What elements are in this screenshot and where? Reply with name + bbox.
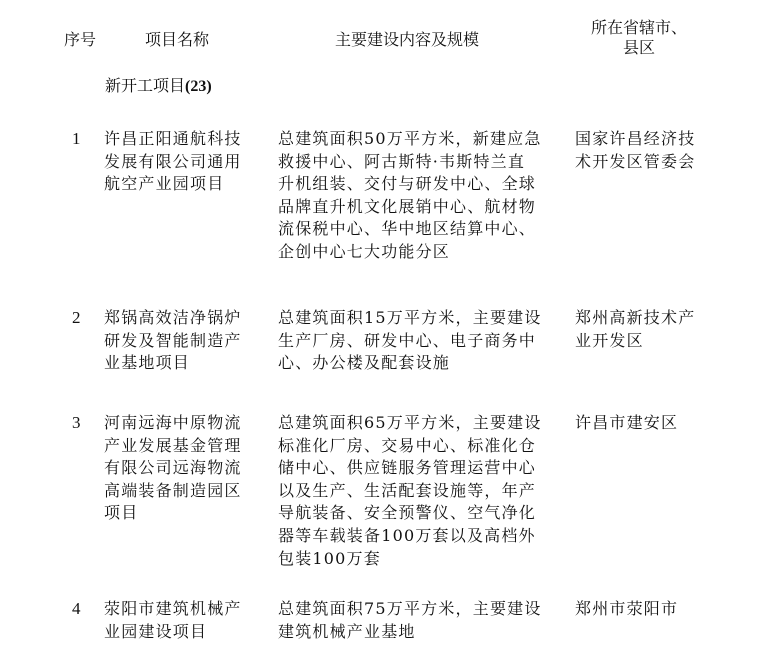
- section-label: 新开工项目: [105, 76, 185, 95]
- row-name: 河南远海中原物流 产业发展基金管理 有限公司远海物流 高端装备制造园区 项目: [104, 412, 274, 525]
- row-name: 许昌正阳通航科技 发展有限公司通用 航空产业园项目: [104, 128, 274, 196]
- header-content: 主要建设内容及规模: [335, 30, 479, 50]
- row-location: 郑州高新技术产 业开发区: [575, 307, 755, 352]
- row-content: 总建筑面积75万平方米，主要建设 建筑机械产业基地: [278, 598, 568, 643]
- row-content: 总建筑面积65万平方米，主要建设 标准化厂房、交易中心、标准化仓 储中心、供应链…: [278, 412, 568, 570]
- section-count: (23): [185, 78, 212, 95]
- row-location: 国家许昌经济技 术开发区管委会: [575, 128, 755, 173]
- header-name: 项目名称: [145, 30, 209, 50]
- row-seq: 2: [72, 307, 81, 330]
- row-seq: 1: [72, 128, 81, 151]
- row-location: 许昌市建安区: [575, 412, 755, 435]
- row-name: 郑锅高效洁净锅炉 研发及智能制造产 业基地项目: [104, 307, 274, 375]
- row-content: 总建筑面积15万平方米，主要建设 生产厂房、研发中心、电子商务中 心、办公楼及配…: [278, 307, 568, 375]
- row-content: 总建筑面积50万平方米，新建应急 救援中心、阿古斯特·韦斯特兰直 升机组装、交付…: [278, 128, 568, 264]
- section-title: 新开工项目(23): [105, 75, 212, 98]
- header-seq: 序号: [64, 30, 96, 50]
- header-location-line2: 县区: [580, 38, 698, 58]
- row-seq: 3: [72, 412, 81, 435]
- header-location: 所在省辖市、 县区: [580, 18, 698, 58]
- row-name: 荥阳市建筑机械产 业园建设项目: [104, 598, 274, 643]
- row-location: 郑州市荥阳市: [575, 598, 755, 621]
- row-seq: 4: [72, 598, 81, 621]
- header-location-line1: 所在省辖市、: [580, 18, 698, 38]
